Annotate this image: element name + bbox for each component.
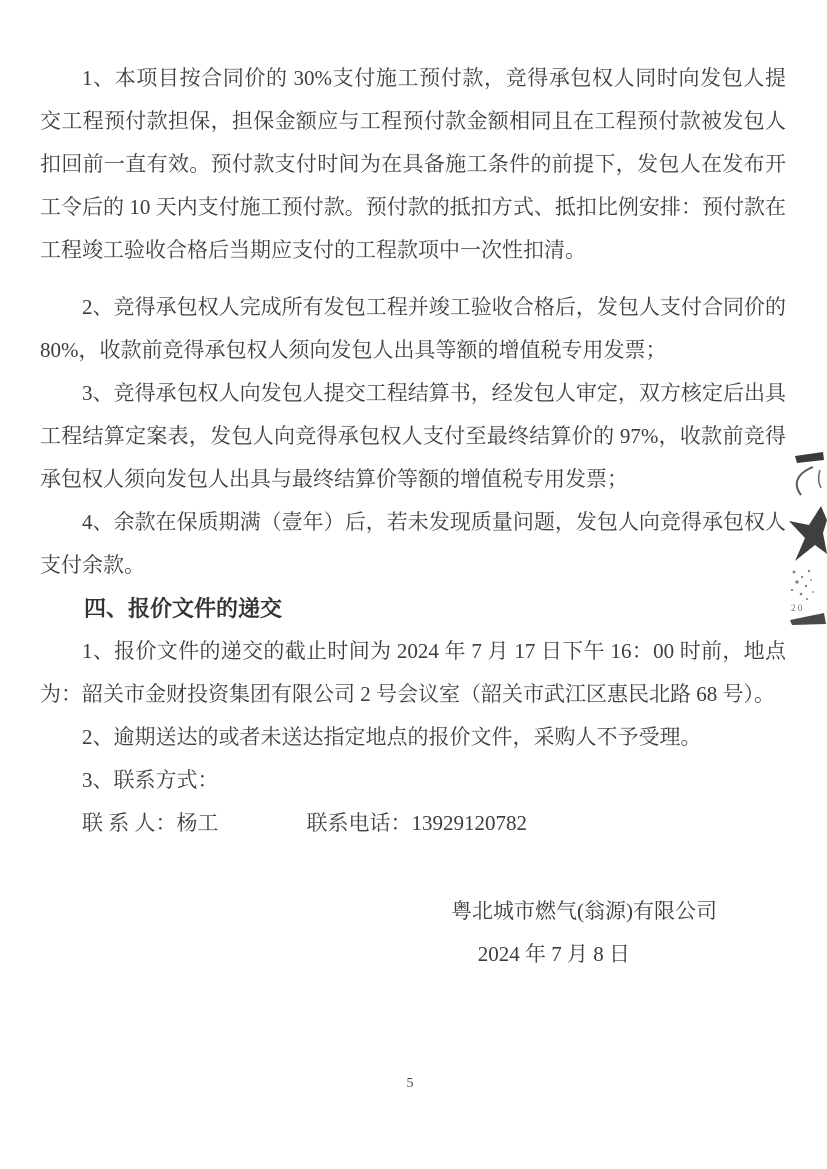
paragraph-payment-advance: 1、本项目按合同价的 30%支付施工预付款，竞得承包权人同时向发包人提交工程预付… (40, 57, 786, 272)
paragraph-submission-deadline: 1、报价文件的递交的截止时间为 2024 年 7 月 17 日下午 16：00 … (40, 630, 786, 716)
section-heading-submission: 四、报价文件的递交 (40, 587, 786, 630)
contact-phone: 联系电话：13929120782 (307, 811, 528, 835)
signature-date: 2024 年 7 月 8 日 (40, 933, 786, 976)
seal-star-icon (789, 506, 827, 561)
company-name: 粤北城市燃气(翁源)有限公司 (40, 890, 786, 933)
paragraph-payment-80-percent: 2、竞得承包权人完成所有发包工程并竣工验收合格后，发包人支付合同价的 80%，收… (40, 286, 786, 372)
seal-number-text: 2 0 (791, 603, 803, 613)
seal-stamp-fragment: 2 0 (782, 448, 827, 628)
document-page: 1、本项目按合同价的 30%支付施工预付款，竞得承包权人同时向发包人提交工程预付… (0, 0, 827, 1169)
paragraph-contact-method: 3、联系方式： (40, 759, 786, 802)
page-number: 5 (0, 1076, 820, 1092)
seal-speckles-icon (791, 570, 814, 600)
document-body: 1、本项目按合同价的 30%支付施工预付款，竞得承包权人同时向发包人提交工程预付… (40, 57, 786, 976)
signature-block: 粤北城市燃气(翁源)有限公司 2024 年 7 月 8 日 (40, 890, 786, 976)
paragraph-payment-97-percent: 3、竞得承包权人向发包人提交工程结算书，经发包人审定，双方核定后出具工程结算定案… (40, 372, 786, 501)
paragraph-submission-late: 2、逾期送达的或者未送达指定地点的报价文件，采购人不予受理。 (40, 716, 786, 759)
seal-bar-icon (795, 452, 824, 463)
paragraph-payment-balance: 4、余款在保质期满（壹年）后，若未发现质量问题，发包人向竞得承包权人支付余款。 (40, 501, 786, 587)
contact-person: 联 系 人：杨工 (82, 811, 219, 835)
seal-arc-icon (797, 467, 821, 495)
seal-wedge-icon (790, 613, 826, 625)
contact-line: 联 系 人：杨工联系电话：13929120782 (40, 802, 786, 845)
